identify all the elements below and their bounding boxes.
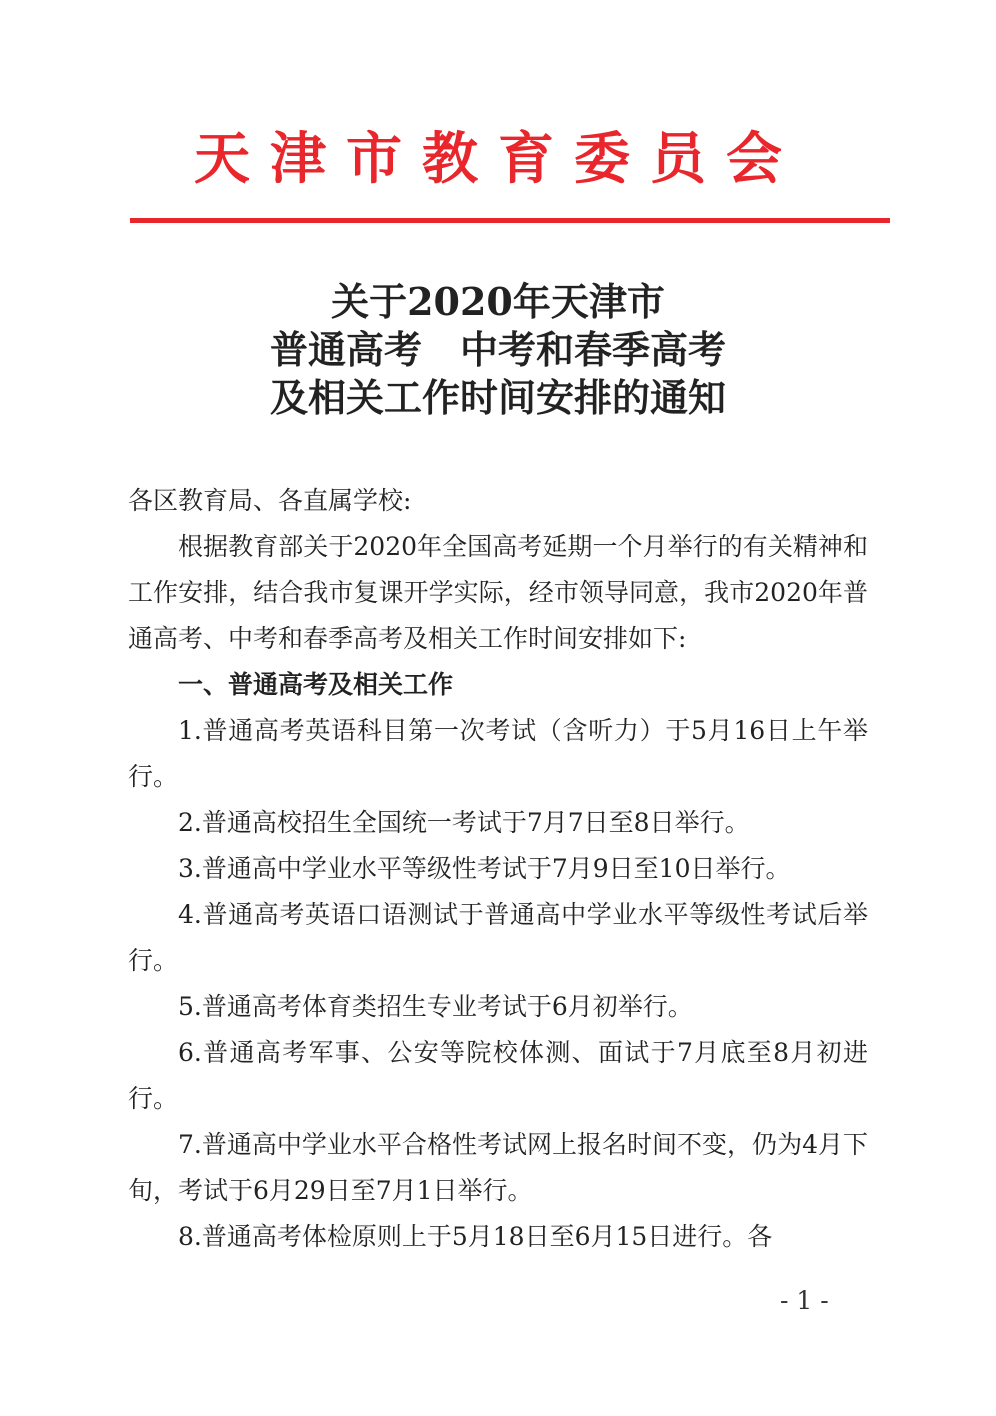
letterhead: 天津市教育委员会	[0, 120, 996, 200]
title-line-1: 关于2020年天津市	[0, 278, 996, 326]
organization-name: 天津市教育委员会	[194, 120, 802, 200]
list-item: 5.普通高考体育类招生专业考试于6月初举行。	[128, 984, 868, 1030]
document-body: 各区教育局、各直属学校: 根据教育部关于2020年全国高考延期一个月举行的有关精…	[128, 478, 868, 1260]
intro-paragraph: 根据教育部关于2020年全国高考延期一个月举行的有关精神和工作安排，结合我市复课…	[128, 524, 868, 662]
list-item: 7.普通高中学业水平合格性考试网上报名时间不变，仍为4月下旬，考试于6月29日至…	[128, 1122, 868, 1214]
letterhead-red-rule	[130, 218, 890, 223]
page-number: - 1 -	[780, 1286, 829, 1315]
document-title: 关于2020年天津市 普通高考 中考和春季高考 及相关工作时间安排的通知	[0, 278, 996, 422]
list-item: 6.普通高考军事、公安等院校体测、面试于7月底至8月初进行。	[128, 1030, 868, 1122]
section-heading: 一、普通高考及相关工作	[128, 662, 868, 708]
list-item: 8.普通高考体检原则上于5月18日至6月15日进行。各	[128, 1214, 868, 1260]
list-item: 4.普通高考英语口语测试于普通高中学业水平等级性考试后举行。	[128, 892, 868, 984]
title-line-3: 及相关工作时间安排的通知	[0, 374, 996, 422]
list-item: 3.普通高中学业水平等级性考试于7月9日至10日举行。	[128, 846, 868, 892]
salutation: 各区教育局、各直属学校:	[128, 478, 868, 524]
list-item: 2.普通高校招生全国统一考试于7月7日至8日举行。	[128, 800, 868, 846]
title-line-2: 普通高考 中考和春季高考	[0, 326, 996, 374]
list-item: 1.普通高考英语科目第一次考试（含听力）于5月16日上午举行。	[128, 708, 868, 800]
